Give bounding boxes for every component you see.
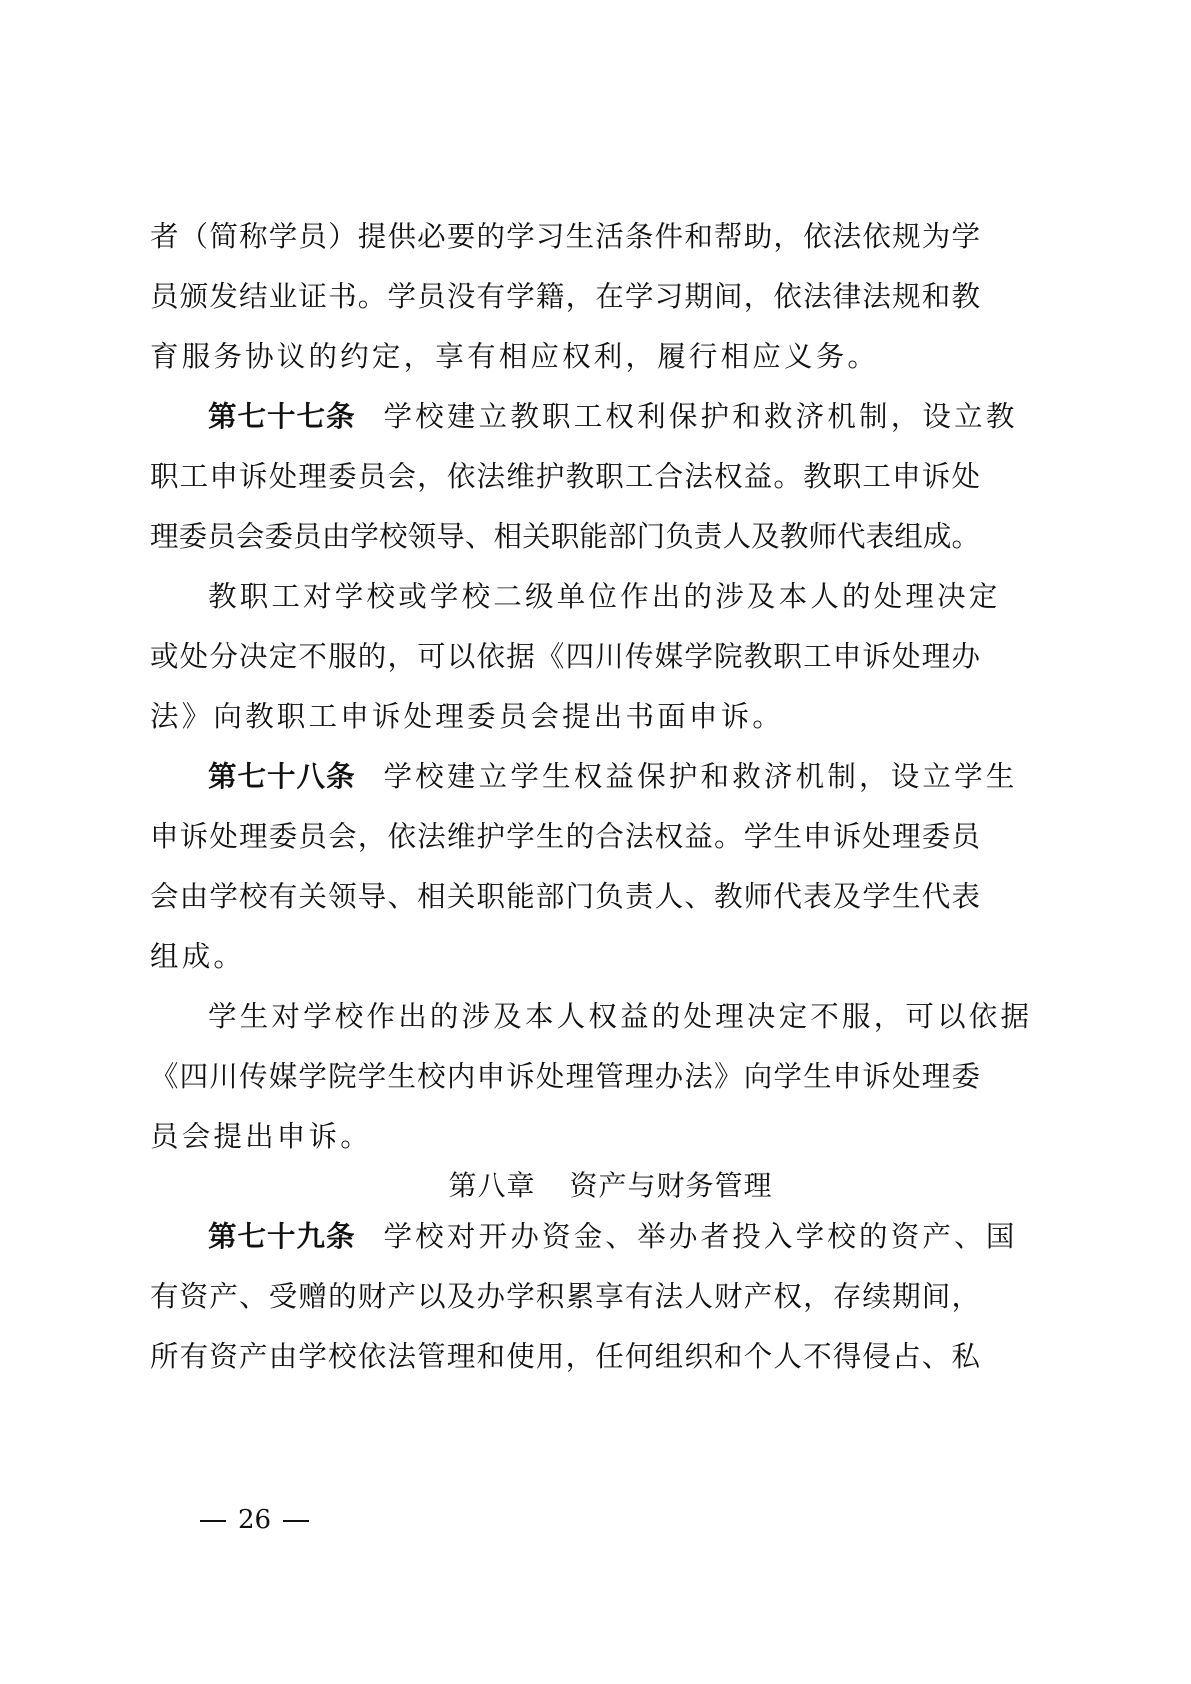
page-number-value: 26 bbox=[238, 1505, 271, 1535]
body-text: 者（简称学员）提供必要的学习生活条件和帮助，依法依规为学 员颁发结业证书。学员没… bbox=[150, 207, 980, 1167]
text-line: 理委员会委员由学校领导、相关职能部门负责人及教师代表组成。 bbox=[150, 507, 980, 567]
document-page: 者（简称学员）提供必要的学习生活条件和帮助，依法依规为学 员颁发结业证书。学员没… bbox=[0, 0, 1191, 1684]
text-line: 或处分决定不服的，可以依据《四川传媒学院教职工申诉处理办 bbox=[150, 627, 980, 687]
text-line: 会由学校有关领导、相关职能部门负责人、教师代表及学生代表 bbox=[150, 867, 980, 927]
text-line: 有资产、受赠的财产以及办学积累享有法人财产权，存续期间， bbox=[150, 1267, 980, 1327]
text-line: 学生对学校作出的涉及本人权益的处理决定不服，可以依据 bbox=[150, 987, 980, 1047]
chapter-heading: 第八章资产与财务管理 bbox=[0, 1166, 1191, 1206]
text-line: 所有资产由学校依法管理和使用，任何组织和个人不得侵占、私 bbox=[150, 1327, 980, 1387]
paragraph-student-appeal: 学生对学校作出的涉及本人权益的处理决定不服，可以依据 《四川传媒学院学生校内申诉… bbox=[150, 987, 980, 1167]
article-number: 第七十七条 bbox=[208, 400, 356, 433]
text-line: 申诉处理委员会，依法维护学生的合法权益。学生申诉处理委员 bbox=[150, 807, 980, 867]
page-number-dash-left bbox=[200, 1520, 226, 1522]
chapter-title-text: 资产与财务管理 bbox=[570, 1169, 773, 1202]
text-line: 第七十九条学校对开办资金、举办者投入学校的资产、国 bbox=[150, 1207, 980, 1267]
body-text-after-chapter: 第七十九条学校对开办资金、举办者投入学校的资产、国 有资产、受赠的财产以及办学积… bbox=[150, 1207, 980, 1387]
article-number: 第七十九条 bbox=[208, 1220, 356, 1253]
page-number-dash-right bbox=[283, 1520, 309, 1522]
article-text: 学校建立教职工权利保护和救济机制，设立教 bbox=[384, 400, 1018, 433]
text-line: 第七十八条学校建立学生权益保护和救济机制，设立学生 bbox=[150, 747, 980, 807]
article-text: 学校对开办资金、举办者投入学校的资产、国 bbox=[384, 1220, 1018, 1253]
text-line: 组成。 bbox=[150, 927, 980, 987]
text-line: 者（简称学员）提供必要的学习生活条件和帮助，依法依规为学 bbox=[150, 207, 980, 267]
paragraph-continuation: 者（简称学员）提供必要的学习生活条件和帮助，依法依规为学 员颁发结业证书。学员没… bbox=[150, 207, 980, 387]
page-number: 26 bbox=[188, 1502, 321, 1538]
article-77: 第七十七条学校建立教职工权利保护和救济机制，设立教 职工申诉处理委员会，依法维护… bbox=[150, 387, 980, 567]
article-number: 第七十八条 bbox=[208, 760, 356, 793]
text-line: 员颁发结业证书。学员没有学籍，在学习期间，依法律法规和教 bbox=[150, 267, 980, 327]
article-79: 第七十九条学校对开办资金、举办者投入学校的资产、国 有资产、受赠的财产以及办学积… bbox=[150, 1207, 980, 1387]
text-line: 育服务协议的约定，享有相应权利，履行相应义务。 bbox=[150, 327, 980, 387]
article-78: 第七十八条学校建立学生权益保护和救济机制，设立学生 申诉处理委员会，依法维护学生… bbox=[150, 747, 980, 987]
text-line: 员会提出申诉。 bbox=[150, 1107, 980, 1167]
text-line: 《四川传媒学院学生校内申诉处理管理办法》向学生申诉处理委 bbox=[150, 1047, 980, 1107]
text-line: 第七十七条学校建立教职工权利保护和救济机制，设立教 bbox=[150, 387, 980, 447]
article-text: 学校建立学生权益保护和救济机制，设立学生 bbox=[384, 760, 1018, 793]
text-line: 职工申诉处理委员会，依法维护教职工合法权益。教职工申诉处 bbox=[150, 447, 980, 507]
paragraph-staff-appeal: 教职工对学校或学校二级单位作出的涉及本人的处理决定 或处分决定不服的，可以依据《… bbox=[150, 567, 980, 747]
text-line: 法》向教职工申诉处理委员会提出书面申诉。 bbox=[150, 687, 980, 747]
text-line: 教职工对学校或学校二级单位作出的涉及本人的处理决定 bbox=[150, 567, 980, 627]
chapter-number: 第八章 bbox=[448, 1169, 535, 1202]
